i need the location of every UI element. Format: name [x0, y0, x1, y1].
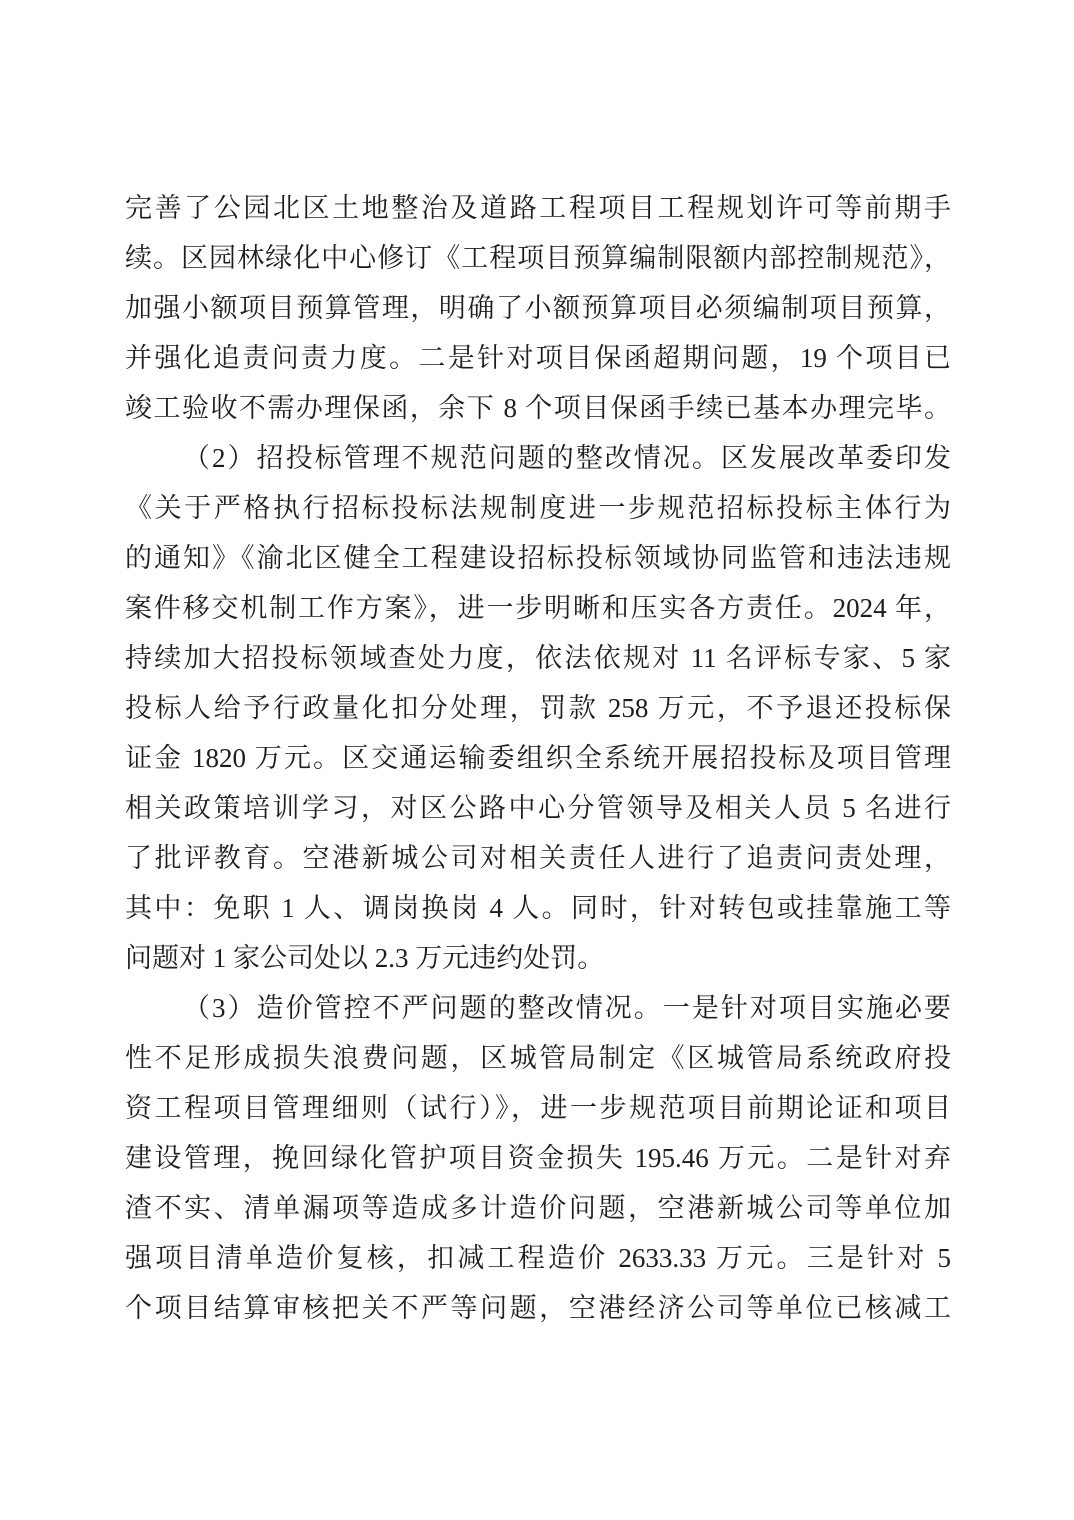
text-line: （3）造价管控不严问题的整改情况。一是针对项目实施必要 — [125, 983, 951, 1033]
text-line: 问题对 1 家公司处以 2.3 万元违约处罚。 — [125, 933, 951, 983]
text-line: 相关政策培训学习，对区公路中心分管领导及相关人员 5 名进行 — [125, 783, 951, 833]
text-line: 续。区园林绿化中心修订《工程项目预算编制限额内部控制规范》， — [125, 233, 951, 283]
text-line: 证金 1820 万元。区交通运输委组织全系统开展招投标及项目管理 — [125, 733, 951, 783]
text-line: 资工程项目管理细则（试行）》，进一步规范项目前期论证和项目 — [125, 1083, 951, 1133]
text-line: 案件移交机制工作方案》，进一步明晰和压实各方责任。2024 年， — [125, 583, 951, 633]
text-line: 建设管理，挽回绿化管护项目资金损失 195.46 万元。二是针对弃 — [125, 1133, 951, 1183]
text-line: 的通知》《渝北区健全工程建设招标投标领域协同监管和违法违规 — [125, 533, 951, 583]
text-line: 完善了公园北区土地整治及道路工程项目工程规划许可等前期手 — [125, 183, 951, 233]
text-line: 渣不实、清单漏项等造成多计造价问题，空港新城公司等单位加 — [125, 1183, 951, 1233]
text-line: 其中：免职 1 人、调岗换岗 4 人。同时，针对转包或挂靠施工等 — [125, 883, 951, 933]
text-line: （2）招投标管理不规范问题的整改情况。区发展改革委印发 — [125, 433, 951, 483]
text-line: 强项目清单造价复核，扣减工程造价 2633.33 万元。三是针对 5 — [125, 1233, 951, 1283]
text-line: 《关于严格执行招标投标法规制度进一步规范招标投标主体行为 — [125, 483, 951, 533]
text-line: 性不足形成损失浪费问题，区城管局制定《区城管局系统政府投 — [125, 1033, 951, 1083]
body-text-block: 完善了公园北区土地整治及道路工程项目工程规划许可等前期手续。区园林绿化中心修订《… — [125, 183, 951, 1333]
text-line: 竣工验收不需办理保函，余下 8 个项目保函手续已基本办理完毕。 — [125, 383, 951, 433]
text-line: 了批评教育。空港新城公司对相关责任人进行了追责问责处理， — [125, 833, 951, 883]
document-page: 完善了公园北区土地整治及道路工程项目工程规划许可等前期手续。区园林绿化中心修订《… — [0, 0, 1074, 1520]
text-line: 个项目结算审核把关不严等问题，空港经济公司等单位已核减工 — [125, 1283, 951, 1333]
text-line: 并强化追责问责力度。二是针对项目保函超期问题，19 个项目已 — [125, 333, 951, 383]
text-line: 持续加大招投标领域查处力度，依法依规对 11 名评标专家、5 家 — [125, 633, 951, 683]
text-line: 加强小额项目预算管理，明确了小额预算项目必须编制项目预算， — [125, 283, 951, 333]
text-line: 投标人给予行政量化扣分处理，罚款 258 万元，不予退还投标保 — [125, 683, 951, 733]
